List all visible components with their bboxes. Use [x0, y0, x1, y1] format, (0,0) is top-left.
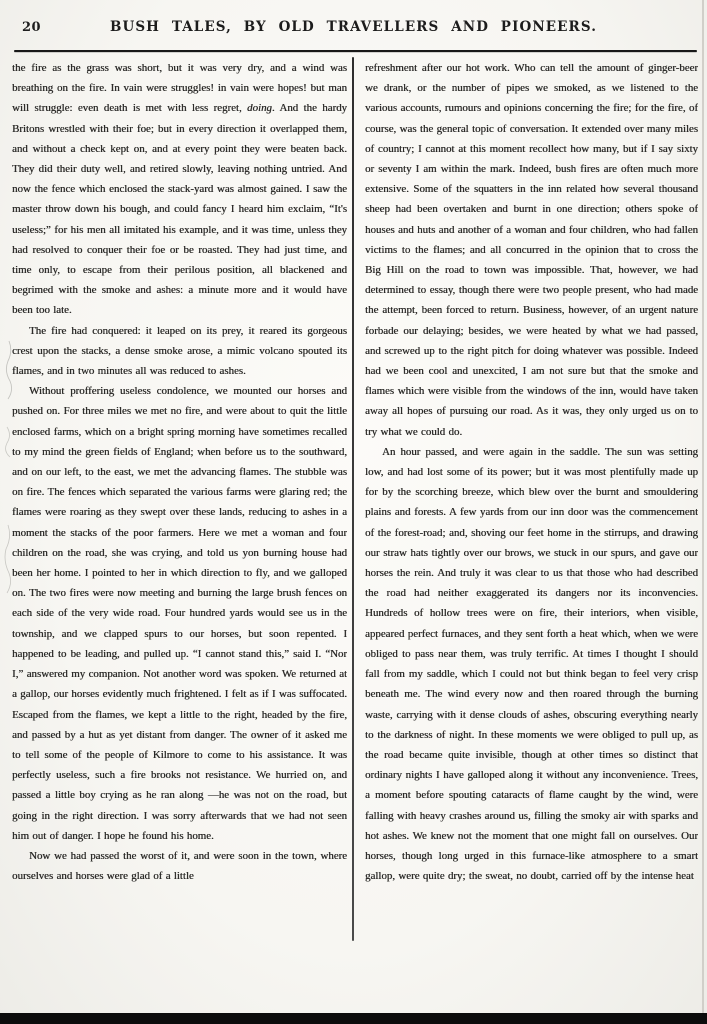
- paragraph-continuation: refreshment after our hot work. Who can …: [365, 58, 698, 442]
- scanned-book-page: 20 BUSH TALES, BY OLD TRAVELLERS AND PIO…: [0, 0, 707, 1024]
- margin-scribble-marks: [0, 335, 18, 635]
- paragraph: Without proffering useless condolence, w…: [12, 381, 347, 846]
- left-column: the fire as the grass was short, but it …: [12, 58, 347, 1014]
- paragraph: Now we had passed the worst of it, and w…: [12, 846, 347, 886]
- paragraph: An hour passed, and were again in the sa…: [365, 442, 698, 886]
- page-edge-line: [702, 0, 704, 1024]
- running-header-title: BUSH TALES, BY OLD TRAVELLERS AND PIONEE…: [0, 19, 707, 35]
- header-rule: [14, 50, 697, 52]
- column-divider-rule: [352, 57, 354, 941]
- paragraph-continuation: the fire as the grass was short, but it …: [12, 58, 347, 321]
- paragraph: The fire had conquered: it leaped on its…: [12, 321, 347, 382]
- right-column: refreshment after our hot work. Who can …: [365, 58, 698, 1014]
- scan-edge-bar: [0, 1013, 707, 1024]
- italic-word: doing: [247, 102, 272, 114]
- text-run: . And the hardy Britons wrestled with th…: [12, 102, 347, 316]
